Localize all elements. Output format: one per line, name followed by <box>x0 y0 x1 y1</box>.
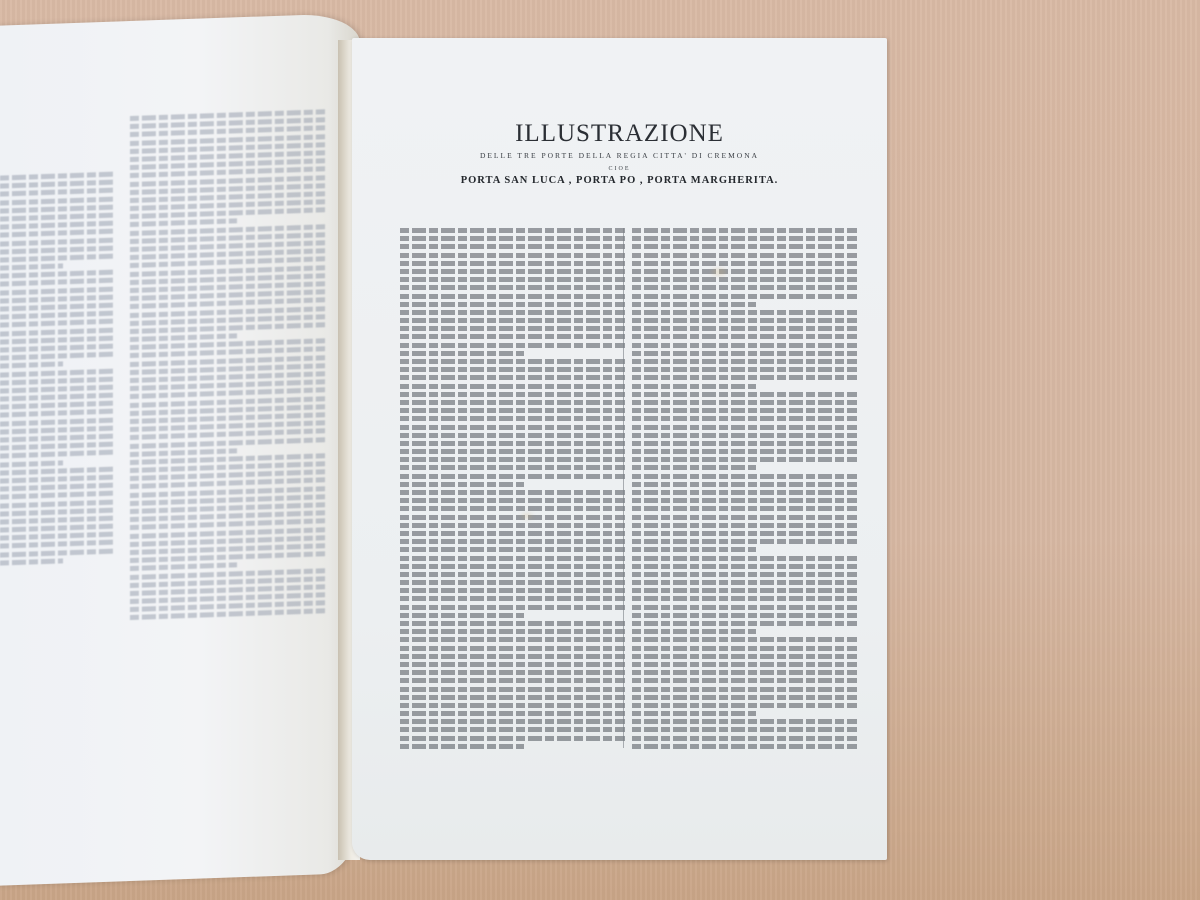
text-line <box>632 302 756 307</box>
text-line <box>632 228 857 233</box>
text-line <box>632 588 857 593</box>
text-line <box>130 219 237 228</box>
text-line <box>400 711 625 716</box>
text-line <box>130 448 237 457</box>
right-page: ILLUSTRAZIONE DELLE TRE PORTE DELLA REGI… <box>352 38 887 860</box>
text-line <box>0 172 115 181</box>
text-line <box>400 465 625 470</box>
text-line <box>400 408 625 413</box>
text-line <box>632 695 857 700</box>
text-line <box>632 457 857 462</box>
text-line <box>632 277 857 282</box>
text-line <box>400 605 625 610</box>
text-line <box>400 498 625 503</box>
text-line <box>400 441 625 446</box>
text-line <box>0 425 115 434</box>
text-line <box>632 498 857 503</box>
text-line <box>400 703 625 708</box>
text-line <box>632 400 857 405</box>
text-line <box>632 662 857 667</box>
text-line <box>0 352 115 361</box>
text-line <box>0 524 115 533</box>
text-line <box>632 539 857 544</box>
text-line <box>400 294 625 299</box>
text-line <box>0 442 115 451</box>
text-line <box>632 736 857 741</box>
text-line <box>400 228 625 233</box>
text-line <box>400 613 524 618</box>
text-line <box>400 343 625 348</box>
text-line <box>632 646 857 651</box>
text-line <box>632 441 857 446</box>
text-line <box>400 662 625 667</box>
text-line <box>632 506 857 511</box>
text-line <box>632 531 857 536</box>
text-line <box>632 572 857 577</box>
text-line <box>400 588 625 593</box>
text-line <box>400 556 625 561</box>
text-line <box>400 269 625 274</box>
text-line <box>400 367 625 372</box>
text-line <box>0 393 115 402</box>
text-line <box>632 449 857 454</box>
text-line <box>400 490 625 495</box>
text-line <box>0 491 115 500</box>
text-line <box>400 425 625 430</box>
text-line <box>0 344 115 353</box>
text-line <box>632 556 857 561</box>
text-line <box>632 433 857 438</box>
text-line <box>0 466 115 475</box>
text-line <box>632 334 857 339</box>
text-line <box>632 351 857 356</box>
text-line <box>0 263 63 270</box>
text-line <box>0 401 115 410</box>
text-line <box>0 515 115 524</box>
text-line <box>0 180 115 189</box>
text-line <box>632 244 857 249</box>
text-line <box>400 482 524 487</box>
text-line <box>400 515 625 520</box>
text-line <box>0 319 115 328</box>
text-line <box>632 580 857 585</box>
left-page-outer-column <box>0 172 115 656</box>
text-line <box>632 547 756 552</box>
text-line <box>632 605 857 610</box>
text-line <box>0 483 115 492</box>
text-line <box>400 384 625 389</box>
text-line <box>400 253 625 258</box>
text-line <box>632 425 857 430</box>
text-line <box>400 506 625 511</box>
text-line <box>400 687 625 692</box>
text-line <box>400 326 625 331</box>
text-line <box>400 285 625 290</box>
text-line <box>632 482 857 487</box>
text-line <box>632 596 857 601</box>
text-line <box>400 392 625 397</box>
text-line <box>400 244 625 249</box>
text-line <box>0 237 115 246</box>
text-line <box>400 433 625 438</box>
text-line <box>400 277 625 282</box>
text-line <box>0 499 115 508</box>
text-line <box>0 213 115 222</box>
text-line <box>632 564 857 569</box>
text-line <box>632 727 857 732</box>
text-line <box>400 539 625 544</box>
text-line <box>0 548 115 557</box>
text-line <box>632 375 857 380</box>
text-line <box>0 376 115 385</box>
text-line <box>400 646 625 651</box>
text-line <box>400 572 625 577</box>
text-line <box>632 703 857 708</box>
text-line <box>400 727 625 732</box>
text-line <box>632 744 857 749</box>
text-line <box>0 286 115 295</box>
text-line <box>632 326 857 331</box>
text-line <box>400 531 625 536</box>
text-line <box>632 711 756 716</box>
text-line <box>632 269 857 274</box>
text-line <box>400 310 625 315</box>
text-line <box>632 392 857 397</box>
text-line <box>400 564 625 569</box>
text-line <box>632 629 756 634</box>
text-line <box>632 343 857 348</box>
text-line <box>130 333 237 342</box>
text-line <box>400 351 524 356</box>
text-line <box>400 261 625 266</box>
text-line <box>400 629 625 634</box>
text-line <box>0 196 115 205</box>
text-line <box>400 621 625 626</box>
text-line <box>400 547 625 552</box>
text-line <box>0 532 115 541</box>
text-line <box>0 417 115 426</box>
right-page-column-right: Questa porta venne costrutta dalle fonda… <box>632 228 857 752</box>
text-line <box>632 523 857 528</box>
text-line <box>400 236 625 241</box>
text-line <box>0 204 115 213</box>
page-title: ILLUSTRAZIONE <box>352 120 887 148</box>
text-line <box>400 318 625 323</box>
text-line <box>400 580 625 585</box>
text-line <box>400 719 625 724</box>
text-line <box>632 687 857 692</box>
text-line <box>400 637 625 642</box>
text-line <box>632 367 857 372</box>
text-line <box>632 474 857 479</box>
text-line <box>0 507 115 516</box>
text-line <box>400 670 625 675</box>
text-line <box>0 409 115 418</box>
text-line <box>0 450 115 459</box>
text-line <box>0 303 115 312</box>
text-line <box>632 285 857 290</box>
left-page: Luigi Voghera, che il suo nome e il suo … <box>0 13 360 887</box>
text-line <box>632 613 857 618</box>
text-line <box>632 719 857 724</box>
text-line <box>632 465 756 470</box>
text-line <box>0 270 115 279</box>
text-line <box>0 221 115 230</box>
text-line <box>632 408 857 413</box>
text-line <box>400 302 625 307</box>
right-page-column-left: La ricostruzione delle dette tre porte f… <box>400 228 625 752</box>
text-line <box>400 416 625 421</box>
text-line <box>0 558 63 565</box>
text-line <box>632 261 857 266</box>
text-line <box>0 540 115 549</box>
text-line <box>130 563 237 572</box>
text-line <box>632 490 857 495</box>
text-line <box>0 434 115 443</box>
text-line <box>0 335 115 344</box>
subtitle-connector: CIOE <box>352 166 887 172</box>
text-line <box>400 695 625 700</box>
text-line <box>632 294 857 299</box>
text-line <box>632 359 857 364</box>
page-subtitle: DELLE TRE PORTE DELLA REGIA CITTA' DI CR… <box>352 151 887 160</box>
text-line <box>0 245 115 254</box>
text-line <box>632 310 857 315</box>
text-line <box>0 475 115 484</box>
text-line <box>632 318 857 323</box>
text-line <box>632 253 857 258</box>
text-line <box>632 621 857 626</box>
text-line <box>400 359 625 364</box>
text-line <box>400 474 625 479</box>
text-line <box>400 400 625 405</box>
text-line <box>400 654 625 659</box>
text-line <box>0 311 115 320</box>
text-line <box>632 670 857 675</box>
text-line <box>400 457 625 462</box>
text-line <box>0 294 115 303</box>
text-line <box>0 368 115 377</box>
text-line <box>400 596 625 601</box>
text-line <box>0 229 115 238</box>
text-line <box>400 736 625 741</box>
paper-stain <box>522 513 532 519</box>
text-line <box>0 384 115 393</box>
text-line <box>400 523 625 528</box>
text-line <box>400 449 625 454</box>
text-line <box>400 334 625 339</box>
text-line <box>0 278 115 287</box>
text-line <box>0 362 63 369</box>
text-line <box>400 678 625 683</box>
text-line <box>632 384 756 389</box>
text-line <box>0 460 63 467</box>
text-line <box>0 327 115 336</box>
text-line <box>632 515 857 520</box>
text-line <box>400 744 524 749</box>
paper-stain <box>712 268 726 276</box>
left-page-inner-column: Luigi Voghera, che il suo nome e il suo … <box>130 109 325 726</box>
text-line <box>632 637 857 642</box>
text-line <box>632 654 857 659</box>
page-subtitle-gates: PORTA SAN LUCA , PORTA PO , PORTA MARGHE… <box>352 175 887 186</box>
text-line <box>0 188 115 197</box>
text-line <box>400 375 625 380</box>
text-line <box>632 678 857 683</box>
text-line <box>632 236 857 241</box>
text-line <box>632 416 857 421</box>
text-line <box>0 253 115 262</box>
column-divider <box>623 228 624 748</box>
